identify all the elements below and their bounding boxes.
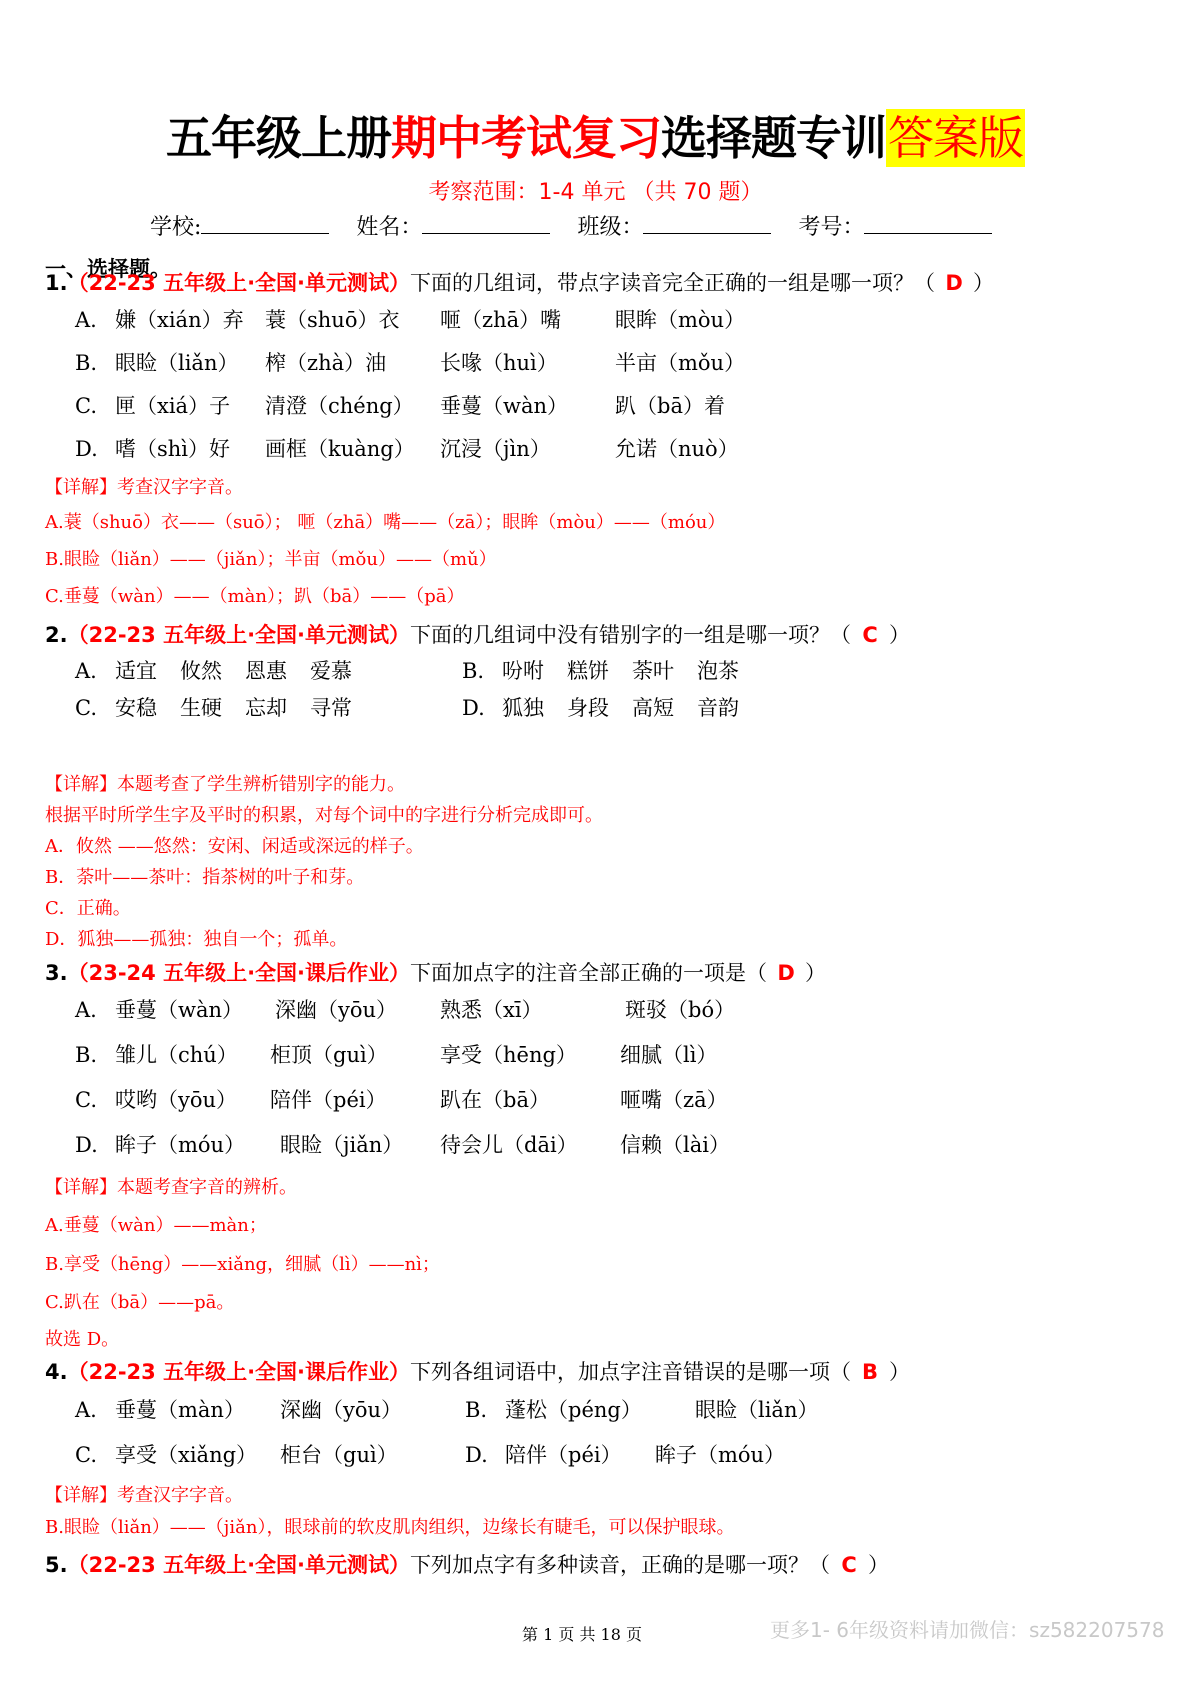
- option-item: 斑驳（bó）: [625, 995, 735, 1025]
- exam-number-field: 考号：: [798, 213, 992, 243]
- q3-explanation-line: A.垂蔓（wàn）——màn；: [45, 1213, 267, 1239]
- q3-explanation-line: 故选 D。: [45, 1327, 119, 1353]
- option-item: 泡茶: [697, 656, 739, 686]
- option-item: 允诺（nuò）: [615, 434, 739, 464]
- option-item: 趴（bā）着: [615, 391, 725, 421]
- q4-explanation-line: 【详解】考查汉字字音。: [45, 1483, 243, 1509]
- option-item: 深幽（yōu）: [275, 995, 440, 1025]
- question-text: 下面的几组词，带点字读音完全正确的一组是哪一项？（: [410, 271, 935, 295]
- option-item: 细腻（lì）: [620, 1040, 717, 1070]
- q1-explanation-line: A.蓑（shuō）衣——（suō）； 咂（zhā）嘴——（zā）；眼眸（mòu）…: [45, 510, 725, 536]
- q4-explanation-line: B.眼睑（liǎn）——（jiǎn），眼球前的软皮肌肉组织，边缘长有睫毛，可以保…: [45, 1515, 734, 1541]
- option-item: 攸然: [180, 656, 245, 686]
- option-item: 恩惠: [245, 656, 310, 686]
- answer-key: C: [830, 1550, 868, 1580]
- question-3-stem: 3.（23-24 五年级上·全国·课后作业）下面加点字的注音全部正确的一项是（D…: [45, 958, 826, 988]
- q4-option-row-1: A.垂蔓（màn）深幽（yōu）B.蓬松（péng）眼睑（liǎn）: [75, 1395, 818, 1425]
- q3-explanation-line: 【详解】本题考查字音的辨析。: [45, 1175, 297, 1201]
- option-label: A.: [75, 995, 115, 1025]
- q1-option-c: C.匣（xiá）子清澄（chéng）垂蔓（wàn）趴（bā）着: [75, 391, 725, 421]
- option-item: 享受（hēng）: [440, 1040, 620, 1070]
- option-item: 蓬松（péng）: [505, 1395, 695, 1425]
- option-item: 趴在（bā）: [440, 1085, 620, 1115]
- option-item: 陪伴（péi）: [270, 1085, 440, 1115]
- option-item: 爱慕: [310, 656, 352, 686]
- option-label: A.: [75, 1395, 115, 1425]
- option-label: D.: [75, 434, 115, 464]
- option-item: 待会儿（dāi）: [440, 1130, 620, 1160]
- q1-option-b: B.眼睑（liǎn）榨（zhà）油长喙（huì）半亩（mǒu）: [75, 348, 745, 378]
- title-part: 选择题专训: [661, 111, 886, 165]
- blank-line: [422, 213, 550, 234]
- q2-option-c: C.安稳生硬忘却寻常: [75, 693, 352, 723]
- question-number: 3.: [45, 961, 68, 985]
- q1-explanation-line: 【详解】考查汉字字音。: [45, 475, 243, 501]
- option-item: 嫌（xián）弃: [115, 305, 265, 335]
- class-field: 班级：: [577, 213, 771, 243]
- blank-line: [201, 213, 329, 234]
- option-label: B.: [465, 1395, 505, 1425]
- blank-line: [643, 213, 771, 234]
- option-label: D.: [465, 1440, 505, 1470]
- option-item: 清澄（chéng）: [265, 391, 440, 421]
- q2-option-a: A.适宜攸然恩惠爱慕: [75, 656, 352, 686]
- option-item: 高短: [632, 693, 697, 723]
- question-source: （22-23 五年级上·全国·单元测试）: [68, 1553, 410, 1577]
- option-item: 垂蔓（wàn）: [115, 995, 275, 1025]
- option-item: 哎哟（yōu）: [115, 1085, 270, 1115]
- field-label: 学校:: [150, 215, 201, 240]
- q2-explanation-line: 根据平时所学生字及平时的积累，对每个词中的字进行分析完成即可。: [45, 803, 603, 829]
- question-4-stem: 4.（22-23 五年级上·全国·课后作业）下列各组词语中，加点字注音错误的是哪…: [45, 1357, 910, 1387]
- question-text: 下列加点字有多种读音，正确的是哪一项？（: [410, 1553, 830, 1577]
- option-label: B.: [75, 1040, 115, 1070]
- question-number: 1.: [45, 271, 68, 295]
- answer-key: D: [767, 958, 805, 988]
- option-item: 咂嘴（zā）: [620, 1085, 728, 1115]
- question-number: 4.: [45, 1360, 68, 1384]
- answer-key: D: [935, 268, 973, 298]
- question-source: （22-23 五年级上·全国·单元测试）: [68, 271, 410, 295]
- page-title: 五年级上册期中考试复习选择题专训答案版: [0, 108, 1191, 168]
- q1-option-a: A.嫌（xián）弃蓑（shuō）衣咂（zhā）嘴眼眸（mòu）: [75, 305, 745, 335]
- option-item: 画框（kuàng）: [265, 434, 440, 464]
- question-text: 下列各组词语中，加点字注音错误的是哪一项（: [410, 1360, 851, 1384]
- question-number: 2.: [45, 623, 68, 647]
- question-source: （23-24 五年级上·全国·课后作业）: [68, 961, 410, 985]
- paren: ）: [889, 623, 910, 647]
- option-item: 雏儿（chú）: [115, 1040, 270, 1070]
- q2-explanation-line: D．狐独——孤独：独自一个；孤单。: [45, 927, 347, 953]
- option-item: 榨（zhà）油: [265, 348, 440, 378]
- option-label: C.: [75, 391, 115, 421]
- watermark: 更多1- 6年级资料请加微信：sz582207578: [770, 1614, 1164, 1643]
- option-item: 适宜: [115, 656, 180, 686]
- field-label: 姓名：: [356, 215, 422, 240]
- title-part-red: 期中考试复习: [391, 111, 661, 165]
- option-item: 陪伴（péi）: [505, 1440, 655, 1470]
- q3-option-b: B.雏儿（chú）柜顶（guì）享受（hēng）细腻（lì）: [75, 1040, 717, 1070]
- option-item: 咂（zhā）嘴: [440, 305, 615, 335]
- option-label: C.: [75, 1085, 115, 1115]
- option-item: 眼眸（mòu）: [615, 305, 745, 335]
- option-item: 狐独: [502, 693, 567, 723]
- option-item: 享受（xiǎng）: [115, 1440, 280, 1470]
- blank-line: [864, 213, 992, 234]
- q3-option-c: C.哎哟（yōu）陪伴（péi）趴在（bā）咂嘴（zā）: [75, 1085, 728, 1115]
- q2-explanation-line: B．荼叶——茶叶：指茶树的叶子和芽。: [45, 865, 364, 891]
- option-item: 垂蔓（màn）: [115, 1395, 280, 1425]
- option-item: 嗜（shì）好: [115, 434, 265, 464]
- option-item: 音韵: [697, 693, 739, 723]
- question-1-stem: 1.（22-23 五年级上·全国·单元测试）下面的几组词，带点字读音完全正确的一…: [45, 268, 994, 298]
- option-item: 眸子（móu）: [655, 1440, 785, 1470]
- q3-option-a: A.垂蔓（wàn）深幽（yōu）熟悉（xī）斑驳（bó）: [75, 995, 735, 1025]
- option-item: 荼叶: [632, 656, 697, 686]
- option-label: D.: [462, 693, 502, 723]
- option-item: 眼睑（jiǎn）: [280, 1130, 440, 1160]
- question-number: 5.: [45, 1553, 68, 1577]
- q2-explanation-line: C．正确。: [45, 896, 131, 922]
- title-part: 五年级上册: [166, 111, 391, 165]
- option-item: 信赖（lài）: [620, 1130, 730, 1160]
- q2-explanation-line: A．攸然 ——悠然：安闲、闲适或深远的样子。: [45, 834, 424, 860]
- paren: ）: [973, 271, 994, 295]
- question-source: （22-23 五年级上·全国·单元测试）: [68, 623, 410, 647]
- option-item: 生硬: [180, 693, 245, 723]
- option-item: 安稳: [115, 693, 180, 723]
- answer-key: C: [851, 620, 889, 650]
- q3-option-d: D.眸子（móu）眼睑（jiǎn）待会儿（dāi）信赖（lài）: [75, 1130, 730, 1160]
- option-item: 沉浸（jìn）: [440, 434, 615, 464]
- subtitle: 考察范围：1-4 单元 （共 70 题）: [0, 178, 1191, 208]
- option-label: A.: [75, 305, 115, 335]
- name-field: 姓名：: [356, 213, 550, 243]
- option-label: A.: [75, 656, 115, 686]
- option-item: 柜顶（guì）: [270, 1040, 440, 1070]
- option-item: 寻常: [310, 693, 352, 723]
- page-number: 第 1 页 共 18 页: [522, 1622, 642, 1645]
- option-item: 忘却: [245, 693, 310, 723]
- q3-explanation-line: B.享受（hēng）——xiǎng，细腻（lì）——nì；: [45, 1252, 440, 1278]
- option-item: 半亩（mǒu）: [615, 348, 745, 378]
- q1-explanation-line: B.眼睑（liǎn）——（jiǎn）；半亩（mǒu）——（mǔ）: [45, 547, 497, 573]
- option-item: 糕饼: [567, 656, 632, 686]
- option-item: 熟悉（xī）: [440, 995, 625, 1025]
- option-item: 蓑（shuō）衣: [265, 305, 440, 335]
- option-label: B.: [75, 348, 115, 378]
- option-item: 眼睑（liǎn）: [115, 348, 265, 378]
- student-info-row: 学校: 姓名： 班级： 考号：: [150, 213, 1012, 243]
- option-item: 吩咐: [502, 656, 567, 686]
- q4-option-row-2: C.享受（xiǎng）柜台（guì）D.陪伴（péi）眸子（móu）: [75, 1440, 785, 1470]
- field-label: 考号：: [798, 215, 864, 240]
- q3-explanation-line: C.趴在（bā）——pā。: [45, 1290, 234, 1316]
- option-item: 垂蔓（wàn）: [440, 391, 615, 421]
- question-text: 下面的几组词中没有错别字的一组是哪一项？（: [410, 623, 851, 647]
- q2-option-d: D.狐独身段高短音韵: [462, 693, 739, 723]
- paren: ）: [889, 1360, 910, 1384]
- option-item: 深幽（yōu）: [280, 1395, 465, 1425]
- field-label: 班级：: [577, 215, 643, 240]
- paren: ）: [805, 961, 826, 985]
- question-source: （22-23 五年级上·全国·课后作业）: [68, 1360, 410, 1384]
- option-label: C.: [75, 1440, 115, 1470]
- question-2-stem: 2.（22-23 五年级上·全国·单元测试）下面的几组词中没有错别字的一组是哪一…: [45, 620, 910, 650]
- question-5-stem: 5.（22-23 五年级上·全国·单元测试）下列加点字有多种读音，正确的是哪一项…: [45, 1550, 889, 1580]
- option-item: 匣（xiá）子: [115, 391, 265, 421]
- option-item: 眸子（móu）: [115, 1130, 280, 1160]
- q2-explanation-line: 【详解】本题考查了学生辨析错别字的能力。: [45, 772, 405, 798]
- answer-key: B: [851, 1357, 889, 1387]
- option-item: 眼睑（liǎn）: [695, 1395, 818, 1425]
- q2-option-b: B.吩咐糕饼荼叶泡茶: [462, 656, 739, 686]
- question-text: 下面加点字的注音全部正确的一项是（: [410, 961, 767, 985]
- option-item: 身段: [567, 693, 632, 723]
- q1-explanation-line: C.垂蔓（wàn）——（màn）；趴（bā）——（pā）: [45, 584, 464, 610]
- option-label: D.: [75, 1130, 115, 1160]
- option-item: 长喙（huì）: [440, 348, 615, 378]
- option-label: B.: [462, 656, 502, 686]
- school-field: 学校:: [150, 213, 329, 243]
- q1-option-d: D.嗜（shì）好画框（kuàng）沉浸（jìn）允诺（nuò）: [75, 434, 739, 464]
- title-highlight: 答案版: [886, 109, 1025, 167]
- option-label: C.: [75, 693, 115, 723]
- paren: ）: [868, 1553, 889, 1577]
- option-item: 柜台（guì）: [280, 1440, 465, 1470]
